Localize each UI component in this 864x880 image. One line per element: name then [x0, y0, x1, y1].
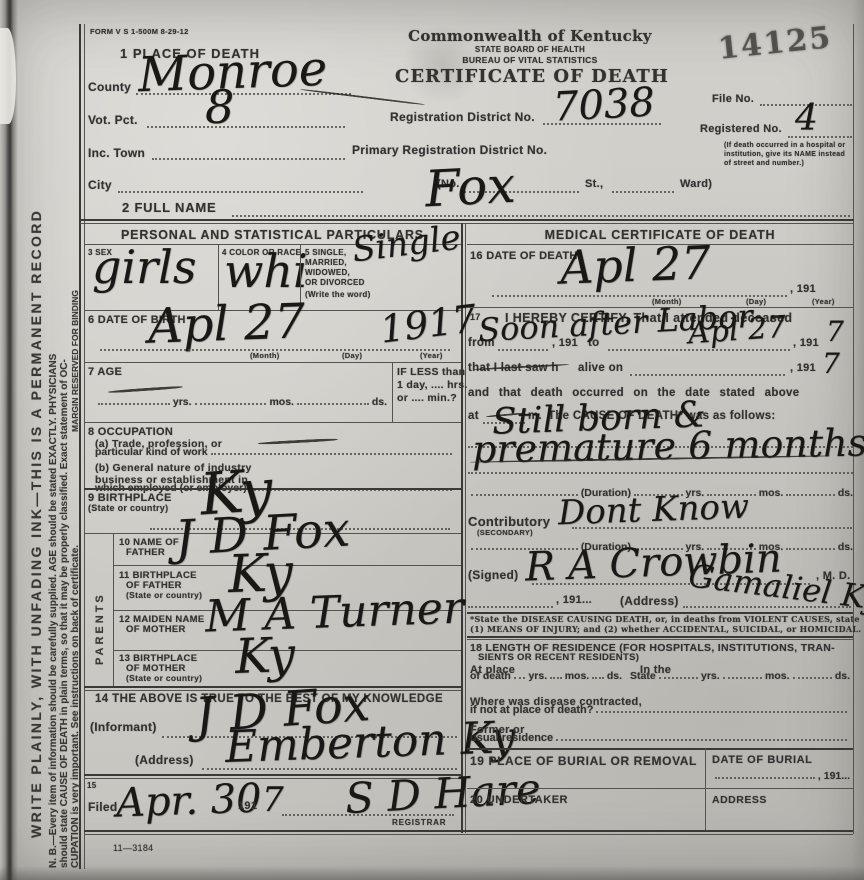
- signed-date-dotted-line: [468, 606, 553, 608]
- rule-line: [80, 223, 854, 224]
- if-less-line3: or .... min.?: [397, 392, 457, 404]
- burial-date-line: , 191...: [712, 770, 850, 782]
- primary-registration-label: Primary Registration District No.: [352, 143, 547, 157]
- mos-label: mos.: [765, 670, 790, 682]
- at-place-units-line: of death yrs. mos. ds.: [470, 670, 622, 682]
- margin-write-plainly: WRITE PLAINLY, WITH UNFADING INK—THIS IS…: [28, 209, 44, 838]
- to-year-printed: , 191: [793, 337, 819, 350]
- pen-stroke: [108, 385, 183, 393]
- full-name-dotted-line: [232, 215, 850, 217]
- former-residence-line2: usual residence: [470, 732, 850, 744]
- if-less-line2: 1 day, .... hrs.: [397, 379, 468, 391]
- filed-year-printed: 191: [238, 800, 257, 813]
- state-board-line: STATE BOARD OF HEALTH: [395, 45, 665, 54]
- ds-label: ds.: [607, 670, 622, 682]
- informant-label: (Informant): [90, 720, 157, 734]
- contributory-value-handwritten: Dont Know: [558, 493, 750, 529]
- parents-label: PARENTS: [94, 592, 106, 665]
- vot-pct-dotted-line: [147, 126, 345, 128]
- dob-month-label: (Month): [250, 352, 280, 361]
- color-race-value-handwritten: whi: [224, 252, 308, 291]
- occupation-a-label: particular kind of work: [95, 446, 208, 458]
- rule-line: [84, 488, 461, 490]
- rule-line: [84, 834, 853, 835]
- date-of-birth-value-handwritten: Apl 27: [147, 301, 305, 347]
- rule-line: [80, 219, 854, 221]
- age-ds-label: ds.: [372, 396, 387, 408]
- rule-line: [84, 422, 461, 423]
- age-label: 7 AGE: [88, 366, 122, 379]
- bureau-line: BUREAU OF VITAL STATISTICS: [395, 55, 665, 65]
- burial-cell-divider: [705, 748, 706, 830]
- at-label: at: [468, 410, 479, 424]
- hospital-note: (If death occurred in a hospital or inst…: [724, 142, 852, 168]
- filed-section-number: 15: [87, 781, 97, 790]
- duration-ds-label: ds.: [838, 487, 853, 499]
- yrs-label: yrs.: [528, 670, 547, 682]
- age-yrs-label: yrs.: [173, 396, 192, 408]
- signed-label: (Signed): [468, 568, 518, 582]
- disease-contracted-line2: if not at place of death?: [470, 704, 850, 716]
- alive-on-dotted-line: [630, 374, 785, 376]
- from-dotted-line: [498, 349, 548, 351]
- mother-birthplace-value-handwritten: Ky: [234, 635, 295, 678]
- death-certificate-scan: WRITE PLAINLY, WITH UNFADING INK—THIS IS…: [0, 0, 864, 880]
- registered-no-label: Registered No.: [700, 123, 782, 136]
- st-label: St.,: [585, 178, 603, 191]
- age-mos-label: mos.: [269, 396, 294, 408]
- father-birthplace-note: (State or country): [126, 590, 202, 600]
- pen-stroke: [258, 438, 338, 445]
- mother-name-label-line2: OF MOTHER: [126, 624, 186, 635]
- residence-section-line2: SIENTS OR RECENT RESIDENTS): [478, 652, 639, 663]
- duration-ds-label: ds.: [838, 541, 853, 553]
- if-less-line1: IF LESS than: [397, 366, 465, 378]
- alive-year-handwritten: 7: [822, 352, 840, 376]
- marital-label-line1: 5 SINGLE,: [305, 248, 346, 257]
- form-number-line: FORM V S 1-500M 8-29-12: [90, 28, 189, 37]
- attended-to-year-handwritten: 7: [826, 320, 844, 344]
- form-print-code: 11—3184: [113, 843, 153, 854]
- undertaker-label: 20 UNDERTAKER: [470, 794, 568, 807]
- birth-year-value-handwritten: 1917: [378, 302, 478, 346]
- rule-line: [467, 639, 853, 640]
- city-dotted-line: [118, 191, 363, 193]
- marital-write-word-note: (Write the word): [305, 290, 371, 299]
- attended-to-value-handwritten: Apl 27: [687, 315, 787, 347]
- undertaker-address-label: ADDRESS: [712, 794, 767, 806]
- informant-address-label: (Address): [135, 753, 194, 767]
- father-name-label-line2: FATHER: [126, 547, 165, 558]
- rule-line: [84, 830, 853, 832]
- full-name-label: 2 FULL NAME: [122, 200, 217, 215]
- marital-label-line3: WIDOWED,: [305, 268, 350, 277]
- rule-line: [467, 636, 853, 638]
- dod-year-label: (Year): [812, 298, 835, 307]
- rule-line: [467, 788, 853, 789]
- date-of-burial-label: DATE OF BURIAL: [712, 754, 812, 767]
- usual-residence-label: usual residence: [470, 732, 553, 744]
- alive-on-label: alive on: [578, 362, 623, 376]
- mother-birthplace-note: (State or country): [126, 673, 202, 683]
- registrar-label: REGISTRAR: [392, 818, 446, 827]
- file-no-label: File No.: [712, 93, 754, 106]
- form-left-border: [79, 24, 81, 869]
- yrs-label: yrs.: [701, 670, 720, 682]
- inc-town-dotted-line: [152, 158, 345, 160]
- ds-label: ds.: [835, 670, 850, 682]
- photo-bottom-edge: [0, 866, 864, 880]
- physician-address-label: (Address): [620, 594, 679, 608]
- vot-pct-label: Vot. Pct.: [88, 113, 138, 127]
- photo-left-edge: [0, 0, 18, 880]
- full-name-value-handwritten: Fox: [424, 164, 516, 211]
- rule-line: [84, 362, 461, 363]
- footnote-line2: (1) MEANS OF INJURY; and (2) whether ACC…: [470, 625, 861, 634]
- marital-value-handwritten: Single: [351, 223, 463, 265]
- vot-pct-value-handwritten: 8: [205, 88, 234, 127]
- margin-nb-line2: should state CAUSE OF DEATH in plain ter…: [59, 359, 70, 868]
- margin-nb-line1: N. B.—Every item of information should b…: [48, 354, 59, 868]
- duration-mos-label: mos.: [759, 487, 784, 499]
- mos-label: mos.: [565, 670, 590, 682]
- registration-district-value-handwritten: 7038: [552, 85, 655, 124]
- dob-year-label: (Year): [420, 352, 443, 361]
- sex-value-handwritten: girls: [92, 248, 196, 287]
- city-label: City: [88, 178, 112, 192]
- state-label: State: [630, 670, 656, 682]
- filed-year-handwritten: 7: [262, 786, 284, 815]
- file-number-stamp: 14125: [716, 20, 833, 67]
- secondary-label: (SECONDARY): [477, 529, 533, 538]
- dob-day-label: (Day): [342, 352, 362, 361]
- in-state-units-line: State yrs. mos. ds.: [630, 670, 850, 682]
- registration-district-label: Registration District No.: [390, 110, 535, 124]
- registered-no-value-handwritten: 4: [795, 104, 818, 135]
- date-of-death-value-handwritten: Apl 27: [559, 243, 711, 287]
- place-of-burial-label: 19 PLACE OF BURIAL OR REMOVAL: [470, 754, 697, 768]
- rule-line: [467, 748, 853, 750]
- cause-dotted-line2: [468, 472, 853, 474]
- ward-label: Ward): [680, 178, 712, 191]
- signed-year-printed: , 191...: [556, 594, 592, 607]
- st-dotted-line: [612, 191, 674, 193]
- alive-year-printed: , 191: [790, 362, 816, 375]
- marital-label-line4: OR DIVORCED: [305, 278, 365, 287]
- occupation-a-line2: particular kind of work: [95, 446, 455, 458]
- inc-town-label: Inc. Town: [88, 146, 145, 160]
- marital-label-line2: MARRIED,: [305, 258, 347, 267]
- disease-contracted-label: if not at place of death?: [470, 704, 593, 716]
- age-units-line: yrs. mos. ds.: [95, 396, 387, 408]
- county-label: County: [88, 80, 131, 94]
- birthplace-note: (State or country): [88, 503, 168, 514]
- form-left-border-inner: [84, 24, 85, 869]
- burial-year-printed: , 191...: [818, 770, 850, 782]
- dod-year-printed: , 191: [790, 283, 816, 296]
- of-death-label: of death: [470, 670, 511, 682]
- cell-divider: [392, 362, 393, 422]
- filed-label: Filed: [88, 800, 118, 814]
- commonwealth-title: Commonwealth of Kentucky: [395, 28, 665, 46]
